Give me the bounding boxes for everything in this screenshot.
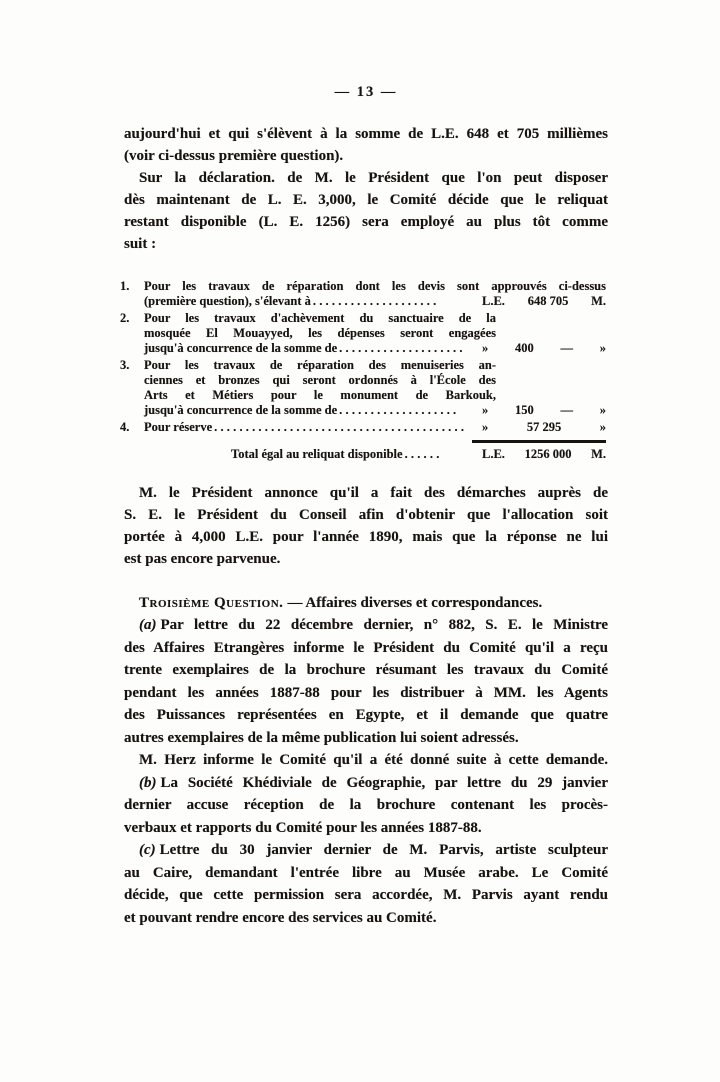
amount-part: » — [600, 403, 606, 418]
text-line: restant disponible (L. E. 1256) sera emp… — [124, 211, 608, 233]
paragraph-c: (c)Lettre du 30 janvier dernier de M. Pa… — [124, 839, 608, 929]
amount-part: L.E. — [482, 294, 505, 309]
paragraph-a: (a)Par lettre du 22 décembre dernier, n°… — [124, 614, 608, 749]
text-line: autres exemplaires de la même publicatio… — [124, 727, 608, 750]
line-text: Par lettre du 22 décembre dernier, n° 88… — [161, 617, 609, 633]
paragraph-lines: des Affaires Etrangères informe le Prési… — [124, 637, 608, 750]
item-marker: (a) — [139, 617, 157, 633]
amount-part: — — [561, 341, 574, 356]
amount-part: » — [600, 341, 606, 356]
line-text: Lettre du 30 janvier dernier de M. Parvi… — [160, 842, 608, 858]
paragraph-lines: aujourd'hui et qui s'élèvent à la somme … — [124, 123, 608, 167]
text-line: Arts et Métiers pour le monument de Bark… — [144, 388, 496, 403]
leader-dots: ................... — [339, 403, 459, 417]
document-page: — 13 — aujourd'hui et qui s'élèvent à la… — [0, 0, 720, 1082]
expense-table: 1. Pour les travaux de réparation dont l… — [118, 279, 606, 462]
leader-dots: ...... — [405, 447, 443, 461]
text-line: décide, que cette permission sera accord… — [124, 884, 608, 907]
text-line: (c)Lettre du 30 janvier dernier de M. Pa… — [124, 839, 608, 862]
amount-part: L.E. — [482, 447, 505, 462]
text-line: jusqu'à concurrence de la somme de......… — [144, 403, 496, 418]
total-amount: L.E.1256 000M. — [482, 447, 606, 462]
text-line: Pour les travaux d'achèvement du sanctua… — [144, 311, 496, 326]
text-line: dès maintenant de L. E. 3,000, le Comité… — [124, 189, 608, 211]
question-heading: Troisième Question.— Affaires diverses e… — [124, 592, 608, 615]
leader-dots: ........................................ — [214, 420, 467, 434]
text-line: pendant les années 1887-88 pour les dist… — [124, 682, 608, 705]
text-line: M. Herz informe le Comité qu'il a été do… — [124, 749, 608, 772]
amount-part: 1256 000 — [525, 447, 572, 462]
total-row: Total égal au reliquat disponible...... … — [118, 447, 606, 462]
text-line: suit : — [124, 233, 608, 255]
text-line: (voir ci-dessus première question). — [124, 145, 608, 167]
amount: »150—» — [482, 403, 606, 418]
item-marker: (b) — [139, 775, 157, 791]
text-line: Pour les travaux de réparation des menui… — [144, 358, 496, 373]
paragraph-herz: M. Herz informe le Comité qu'il a été do… — [124, 749, 608, 772]
text-line: mosquée El Mouayyed, les dépenses seront… — [144, 326, 496, 341]
text-line: trente exemplaires de la brochure résuma… — [124, 659, 608, 682]
table-item-4: 4. Pour réserve.........................… — [118, 420, 606, 435]
text-line: portée à 4,000 L.E. pour l'année 1890, m… — [124, 526, 608, 548]
page-number: — 13 — — [124, 84, 608, 101]
text-line: S. E. le Président du Conseil afin d'obt… — [124, 504, 608, 526]
total-label: Total égal au reliquat disponible — [231, 447, 403, 461]
paragraph-lines: Sur la déclaration. de M. le Président q… — [124, 167, 608, 255]
text-line: verbaux et rapports du Comité pour les a… — [124, 817, 608, 840]
text-line: jusqu'à concurrence de la somme de......… — [144, 341, 496, 356]
leader-text: jusqu'à concurrence de la somme de — [144, 341, 337, 355]
item-number: 2. — [120, 311, 129, 326]
item-text: Pour les travaux d'achèvement du sanctua… — [144, 311, 496, 356]
paragraph-lines: M. le Président annonce qu'il a fait des… — [124, 482, 608, 570]
text-line: des Puissances représentées en Egypte, e… — [124, 704, 608, 727]
amount-part: 648 705 — [528, 294, 569, 309]
amount-part: 150 — [515, 403, 534, 418]
paragraph-b: (b)La Société Khédiviale de Géographie, … — [124, 772, 608, 840]
amount-part: 400 — [515, 341, 534, 356]
leader-dots: .................... — [339, 341, 466, 355]
text-line: dernier accuse réception de la brochure … — [124, 794, 608, 817]
item-number: 1. — [120, 279, 129, 294]
paragraph-declaration: Sur la déclaration. de M. le Président q… — [124, 167, 608, 255]
leader-text: (première question), s'élevant à — [144, 294, 311, 308]
table-item-3: 3. Pour les travaux de réparation des me… — [118, 358, 606, 418]
item-number: 4. — [120, 420, 129, 435]
amount-part: 57 295 — [527, 420, 561, 435]
amount-part: M. — [591, 447, 606, 462]
text-block: — 13 — aujourd'hui et qui s'élèvent à la… — [124, 84, 608, 929]
text-line: et pouvant rendre encore des services au… — [124, 907, 608, 930]
paragraph-continuation: aujourd'hui et qui s'élèvent à la somme … — [124, 123, 608, 167]
item-text: Pour les travaux de réparation des menui… — [144, 358, 496, 418]
text-line: ciennes et bronzes qui seront ordonnés à… — [144, 373, 496, 388]
text-line: Sur la déclaration. de M. le Président q… — [124, 167, 608, 189]
amount-part: » — [482, 420, 488, 435]
text-line: Pour les travaux de réparation dont les … — [144, 279, 606, 294]
item-marker: (c) — [139, 842, 156, 858]
line-text: La Société Khédiviale de Géographie, par… — [161, 775, 609, 791]
amount-part: » — [482, 341, 488, 356]
text-line: des Affaires Etrangères informe le Prési… — [124, 637, 608, 660]
text-line: aujourd'hui et qui s'élèvent à la somme … — [124, 123, 608, 145]
table-item-2: 2. Pour les travaux d'achèvement du sanc… — [118, 311, 606, 356]
text-line: (b)La Société Khédiviale de Géographie, … — [124, 772, 608, 795]
paragraph-president: M. le Président annonce qu'il a fait des… — [124, 482, 608, 570]
total-divider — [472, 440, 606, 443]
question-title: Troisième Question. — [139, 595, 283, 611]
paragraph-lines: dernier accuse réception de la brochure … — [124, 794, 608, 839]
text-line: au Caire, demandant l'entrée libre au Mu… — [124, 862, 608, 885]
item-number: 3. — [120, 358, 129, 373]
amount-part: — — [561, 403, 574, 418]
leader-dots: .................... — [313, 294, 440, 308]
text-line: est pas encore parvenue. — [124, 548, 608, 570]
table-item-1: 1. Pour les travaux de réparation dont l… — [118, 279, 606, 309]
amount-part: » — [600, 420, 606, 435]
third-question-section: Troisième Question.— Affaires diverses e… — [124, 592, 608, 930]
question-subtitle: — Affaires diverses et correspondances. — [287, 595, 542, 611]
amount: L.E.648 705M. — [482, 294, 606, 309]
text-line: (a)Par lettre du 22 décembre dernier, n°… — [124, 614, 608, 637]
amount-part: M. — [591, 294, 606, 309]
amount: »400—» — [482, 341, 606, 356]
amount-part: » — [482, 403, 488, 418]
text-line: Troisième Question.— Affaires diverses e… — [124, 592, 608, 615]
leader-text: Pour réserve — [144, 420, 212, 434]
text-line: M. le Président annonce qu'il a fait des… — [124, 482, 608, 504]
leader-text: jusqu'à concurrence de la somme de — [144, 403, 337, 417]
paragraph-lines: au Caire, demandant l'entrée libre au Mu… — [124, 862, 608, 930]
amount: »57 295» — [482, 420, 606, 435]
